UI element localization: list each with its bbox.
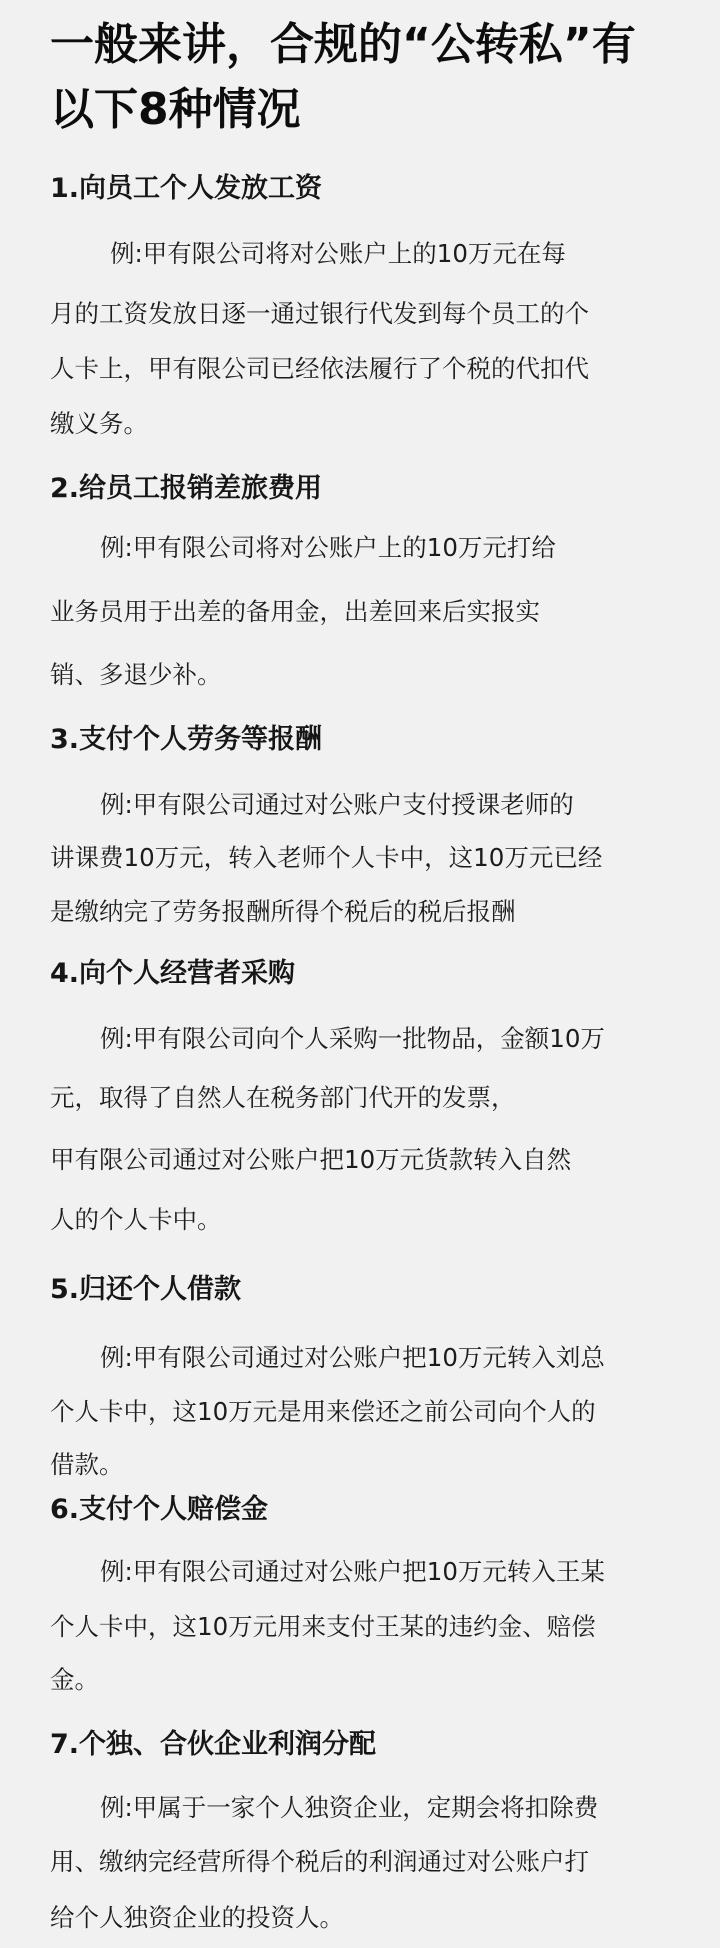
page-title-line-2: 以下8种情况 bbox=[50, 80, 301, 140]
section-5-line-1: 例:甲有限公司通过对公账户把10万元转入刘总 bbox=[100, 1338, 605, 1378]
section-7-line-2: 用、缴纳完经营所得个税后的利润通过对公账户打 bbox=[50, 1842, 589, 1882]
section-1-line-4: 缴义务。 bbox=[50, 404, 148, 444]
section-3-line-2: 讲课费10万元，转入老师个人卡中，这10万元已经 bbox=[50, 838, 602, 878]
section-4-line-4: 人的个人卡中。 bbox=[50, 1200, 222, 1240]
section-heading-6: 6.支付个人赔偿金 bbox=[50, 1490, 268, 1530]
section-2-line-3: 销、多退少补。 bbox=[50, 655, 222, 695]
section-heading-3: 3.支付个人劳务等报酬 bbox=[50, 720, 322, 760]
section-6-line-1: 例:甲有限公司通过对公账户把10万元转入王某 bbox=[100, 1552, 605, 1592]
section-5-line-2: 个人卡中，这10万元是用来偿还之前公司向个人的 bbox=[50, 1392, 596, 1432]
section-1-line-2: 月的工资发放日逐一通过银行代发到每个员工的个 bbox=[50, 294, 589, 334]
section-2-line-1: 例:甲有限公司将对公账户上的10万元打给 bbox=[100, 528, 556, 568]
section-3-line-1: 例:甲有限公司通过对公账户支付授课老师的 bbox=[100, 785, 574, 825]
section-heading-2: 2.给员工报销差旅费用 bbox=[50, 469, 322, 509]
section-6-line-3: 金。 bbox=[50, 1660, 99, 1700]
section-7-line-3: 给个人独资企业的投资人。 bbox=[50, 1898, 344, 1938]
section-2-line-2: 业务员用于出差的备用金，出差回来后实报实 bbox=[50, 592, 540, 632]
section-5-line-3: 借款。 bbox=[50, 1445, 124, 1485]
section-7-line-1: 例:甲属于一家个人独资企业，定期会将扣除费 bbox=[100, 1788, 598, 1828]
section-1-line-1: 例:甲有限公司将对公账户上的10万元在每 bbox=[110, 234, 566, 274]
section-heading-4: 4.向个人经营者采购 bbox=[50, 954, 295, 994]
section-6-line-2: 个人卡中，这10万元用来支付王某的违约金、赔偿 bbox=[50, 1607, 596, 1647]
section-heading-1: 1.向员工个人发放工资 bbox=[50, 169, 322, 209]
section-3-line-3: 是缴纳完了劳务报酬所得个税后的税后报酬 bbox=[50, 892, 516, 932]
section-4-line-1: 例:甲有限公司向个人采购一批物品，金额10万 bbox=[100, 1019, 605, 1059]
section-4-line-3: 甲有限公司通过对公账户把10万元货款转入自然 bbox=[50, 1140, 571, 1180]
article-page: 一般来讲，合规的“公转私”有 以下8种情况 1.向员工个人发放工资 例:甲有限公… bbox=[0, 0, 720, 1948]
section-heading-7: 7.个独、合伙企业利润分配 bbox=[50, 1725, 376, 1765]
section-heading-5: 5.归还个人借款 bbox=[50, 1270, 241, 1310]
page-title-line-1: 一般来讲，合规的“公转私”有 bbox=[50, 15, 636, 75]
section-1-line-3: 人卡上，甲有限公司已经依法履行了个税的代扣代 bbox=[50, 349, 589, 389]
section-4-line-2: 元，取得了自然人在税务部门代开的发票， bbox=[50, 1078, 516, 1118]
